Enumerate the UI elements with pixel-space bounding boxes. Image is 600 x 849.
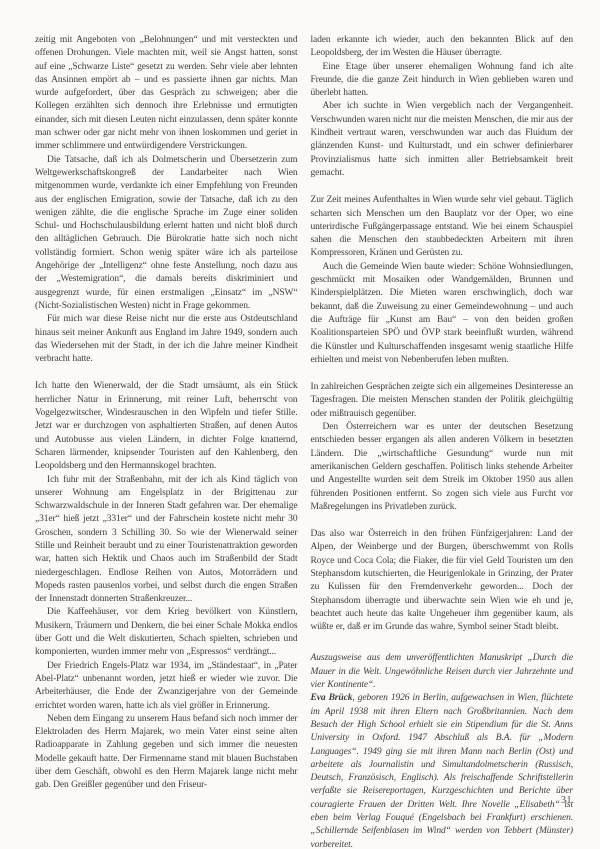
paragraph: Aber ich suchte in Wien vergeblich nach …: [311, 100, 574, 180]
paragraph: zeitig mit Angeboten von „Belohnungen“ u…: [35, 34, 298, 154]
page-number: 31: [561, 795, 572, 806]
paragraph: Die Kaffeehäuser, vor dem Krieg bevölker…: [35, 606, 298, 659]
paragraph: Der Friedrich Engels-Platz war 1934, im …: [35, 660, 298, 713]
paragraph: In zahlreichen Gesprächen zeigte sich ei…: [311, 381, 574, 421]
paragraph: Für mich war diese Reise nicht nur die e…: [35, 313, 298, 366]
paragraph: Ich hatte den Wienerwald, der die Stadt …: [35, 380, 298, 473]
text-columns: zeitig mit Angeboten von „Belohnungen“ u…: [35, 34, 573, 849]
paragraph: Auch die Gemeinde Wien baute wieder: Sch…: [311, 261, 574, 367]
paragraph: Zur Zeit meines Aufenthaltes in Wien wur…: [311, 194, 574, 260]
left-column: zeitig mit Angeboten von „Belohnungen“ u…: [35, 34, 298, 849]
paragraph: laden erkannte ich wieder, auch den beka…: [311, 34, 574, 61]
paragraph: Neben dem Eingang zu unserem Haus befand…: [35, 713, 298, 793]
right-column: laden erkannte ich wieder, auch den beka…: [311, 34, 574, 849]
paragraph: Das also war Österreich in den frühen Fü…: [311, 528, 574, 634]
book-page: zeitig mit Angeboten von „Belohnungen“ u…: [0, 0, 600, 849]
author-name: Eva Brück: [311, 693, 353, 703]
paragraph: Den Österreichern war es unter der deuts…: [311, 421, 574, 514]
paragraph: Eine Etage über unserer ehemaligen Wohnu…: [311, 61, 574, 101]
source-credit: Auszugsweise aus dem unveröffentlichten …: [311, 652, 574, 692]
author-bio: Eva Brück, geboren 1926 in Berlin, aufge…: [311, 692, 574, 849]
author-bio-text: , geboren 1926 in Berlin, aufgewachsen i…: [311, 693, 574, 849]
paragraph: Ich fuhr mit der Straßenbahn, mit der ic…: [35, 474, 298, 607]
paragraph: Die Tatsache, daß ich als Dolmetscherin …: [35, 154, 298, 314]
